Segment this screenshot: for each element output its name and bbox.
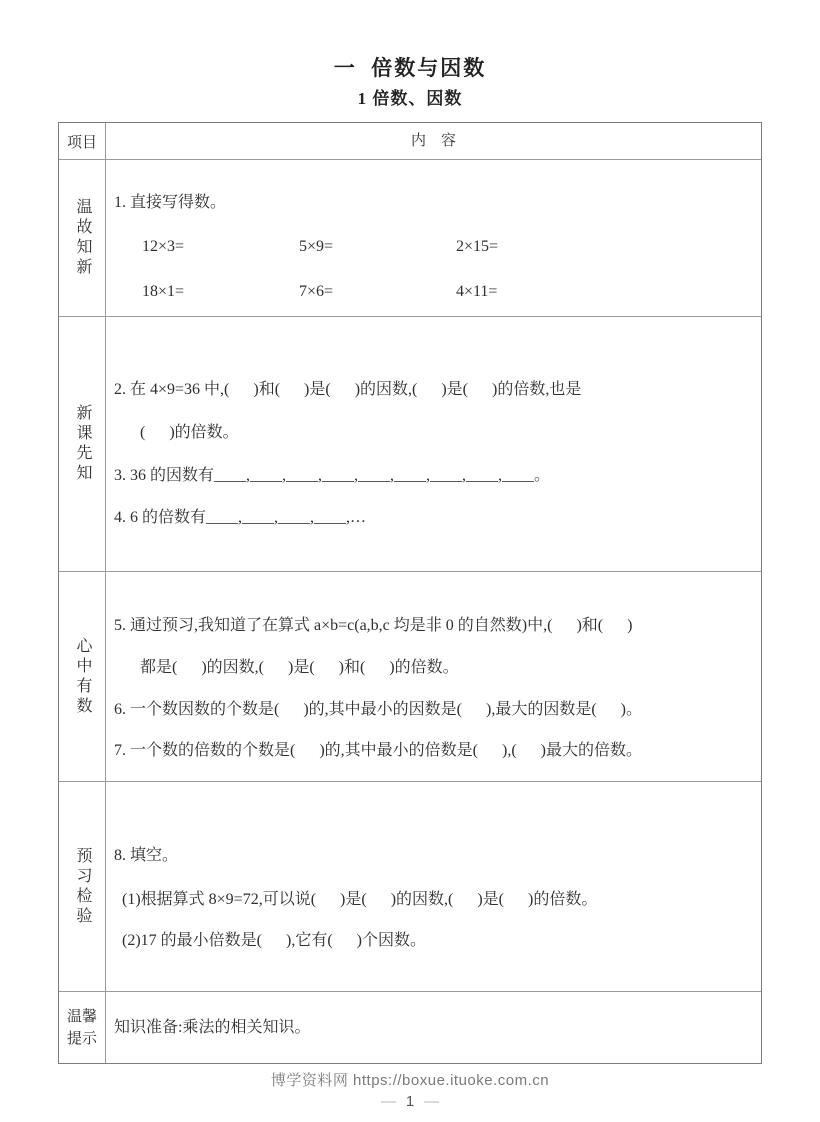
question-2-line1: 2. 在 4×9=36 中,( )和( )是( )的因数,( )是( )的倍数,… <box>106 379 761 401</box>
equation: 2×15= <box>456 236 613 258</box>
section-label-mind: 心中有数 <box>74 637 90 717</box>
equation: 7×6= <box>299 281 456 303</box>
question-8: 8. 填空。 <box>106 845 761 867</box>
question-5-line2: 都是( )的因数,( )是( )和( )的倍数。 <box>106 657 761 679</box>
section-label-check: 预习检验 <box>74 847 90 927</box>
page-title: 一 倍数与因数 <box>0 52 820 82</box>
section-label-newlesson: 新课先知 <box>74 404 90 484</box>
equation: 5×9= <box>299 236 456 258</box>
question-2-line2: ( )的倍数。 <box>106 422 761 444</box>
question-7: 7. 一个数的倍数的个数是( )的,其中最小的倍数是( ),( )最大的倍数。 <box>106 740 761 762</box>
page-number-value: 1 <box>406 1093 414 1110</box>
worksheet-table: 项目 内 容 温故知新 1. 直接写得数。 12×3= 5×9= 2×15= 1… <box>58 122 762 1064</box>
section-newlesson: 新课先知 2. 在 4×9=36 中,( )和( )是( )的因数,( )是( … <box>59 316 761 571</box>
tips-content: 知识准备:乘法的相关知识。 <box>106 1017 314 1039</box>
column-header-project: 项目 <box>59 123 105 159</box>
section-label-tips-line1: 温馨 <box>67 1006 97 1028</box>
section-tips: 温馨 提示 知识准备:乘法的相关知识。 <box>59 991 761 1063</box>
page-subtitle: 1 倍数、因数 <box>0 84 820 109</box>
equation-row-2: 18×1= 7×6= 4×11= <box>106 281 761 303</box>
equation: 18×1= <box>142 281 299 303</box>
section-check: 预习检验 8. 填空。 (1)根据算式 8×9=72,可以说( )是( )的因数… <box>59 781 761 991</box>
site-watermark: 博学资料网 https://boxue.ituoke.com.cn <box>0 1069 820 1090</box>
question-6: 6. 一个数因数的个数是( )的,其中最小的因数是( ),最大的因数是( )。 <box>106 699 761 721</box>
question-5-line1: 5. 通过预习,我知道了在算式 a×b=c(a,b,c 均是非 0 的自然数)中… <box>106 615 761 637</box>
section-mind: 心中有数 5. 通过预习,我知道了在算式 a×b=c(a,b,c 均是非 0 的… <box>59 571 761 781</box>
equation: 4×11= <box>456 281 613 303</box>
table-header-row: 项目 内 容 <box>59 123 761 159</box>
equation: 12×3= <box>142 236 299 258</box>
question-1: 1. 直接写得数。 <box>106 192 761 214</box>
question-4: 4. 6 的倍数有____,____,____,____,… <box>106 507 761 529</box>
column-header-content: 内 容 <box>105 123 761 159</box>
section-label-review: 温故知新 <box>74 198 90 278</box>
section-review: 温故知新 1. 直接写得数。 12×3= 5×9= 2×15= 18×1= 7×… <box>59 159 761 316</box>
equation-row-1: 12×3= 5×9= 2×15= <box>106 236 761 258</box>
question-8-sub2: (2)17 的最小倍数是( ),它有( )个因数。 <box>106 930 761 952</box>
page-number-dash-right: — <box>414 1093 449 1110</box>
question-8-sub1: (1)根据算式 8×9=72,可以说( )是( )的因数,( )是( )的倍数。 <box>106 889 761 911</box>
page-number: —1— <box>0 1093 820 1110</box>
section-label-tips-line2: 提示 <box>67 1028 97 1050</box>
question-3: 3. 36 的因数有____,____,____,____,____,____,… <box>106 465 761 487</box>
page-number-dash-left: — <box>371 1093 406 1110</box>
